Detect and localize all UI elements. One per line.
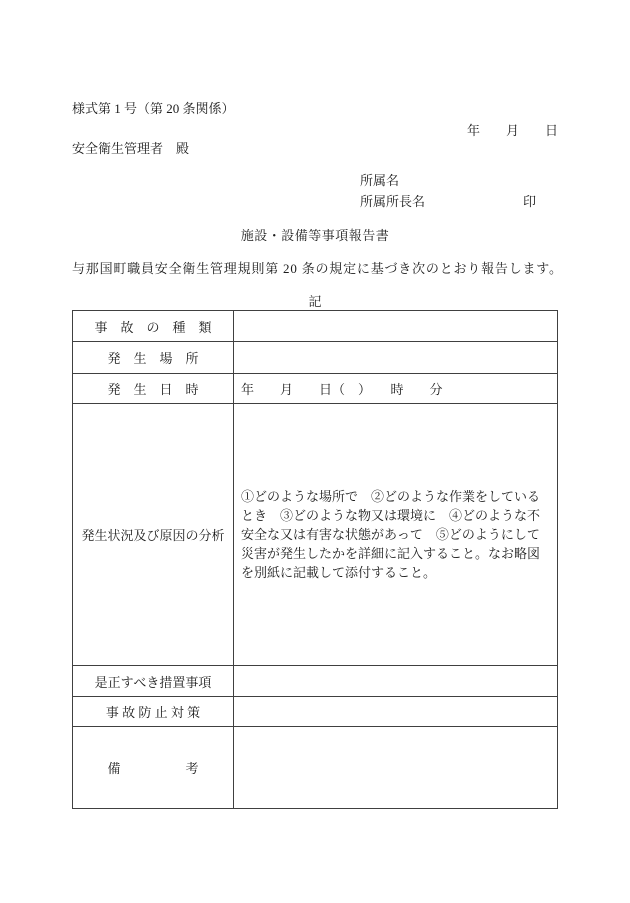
form-number: 様式第 1 号（第 20 条関係）: [72, 101, 558, 117]
affiliation-label: 所属名: [360, 170, 558, 191]
document-page: 様式第 1 号（第 20 条関係） 年 月 日 安全衛生管理者 殿 所属名 所属…: [0, 0, 630, 903]
director-line: 所属所長名 印: [360, 191, 558, 212]
table-row-situation-analysis: 発生状況及び原因の分析 ①どのような場所で ②どのような作業をしているとき ③ど…: [73, 404, 558, 666]
record-marker: 記: [72, 295, 558, 309]
row-value-corrective-measures: [234, 666, 558, 697]
director-label: 所属所長名: [360, 191, 425, 212]
row-value-accident-type: [234, 311, 558, 342]
row-value-accident-prevention: [234, 697, 558, 727]
row-value-situation-analysis: ①どのような場所で ②どのような作業をしているとき ③どのような物又は環境に ④…: [234, 404, 558, 666]
row-value-occurrence-place: [234, 342, 558, 374]
row-label-occurrence-place: 発 生 場 所: [73, 342, 234, 374]
document-title: 施設・設備等事項報告書: [72, 228, 558, 244]
table-row-accident-prevention: 事 故 防 止 対 策: [73, 697, 558, 727]
row-label-accident-prevention: 事 故 防 止 対 策: [73, 697, 234, 727]
row-label-accident-type: 事 故 の 種 類: [73, 311, 234, 342]
row-label-situation-analysis: 発生状況及び原因の分析: [73, 404, 234, 666]
row-label-occurrence-datetime: 発 生 日 時: [73, 374, 234, 404]
seal-label: 印: [523, 191, 536, 212]
table-row-corrective-measures: 是正すべき措置事項: [73, 666, 558, 697]
row-value-remarks: [234, 727, 558, 809]
table-row-occurrence-place: 発 生 場 所: [73, 342, 558, 374]
signature-block: 所属名 所属所長名 印: [360, 170, 558, 212]
addressee: 安全衛生管理者 殿: [72, 141, 558, 157]
table-row-accident-type: 事 故 の 種 類: [73, 311, 558, 342]
table-row-remarks: 備 考: [73, 727, 558, 809]
report-statement: 与那国町職員安全衛生管理規則第 20 条の規定に基づき次のとおり報告します。: [72, 261, 558, 277]
row-value-occurrence-datetime: 年 月 日（ ） 時 分: [234, 374, 558, 404]
report-table: 事 故 の 種 類 発 生 場 所 発 生 日 時 年 月 日（ ） 時 分 発…: [72, 310, 558, 809]
row-label-corrective-measures: 是正すべき措置事項: [73, 666, 234, 697]
date-blank: 年 月 日: [72, 123, 558, 139]
row-label-remarks: 備 考: [73, 727, 234, 809]
table-row-occurrence-datetime: 発 生 日 時 年 月 日（ ） 時 分: [73, 374, 558, 404]
